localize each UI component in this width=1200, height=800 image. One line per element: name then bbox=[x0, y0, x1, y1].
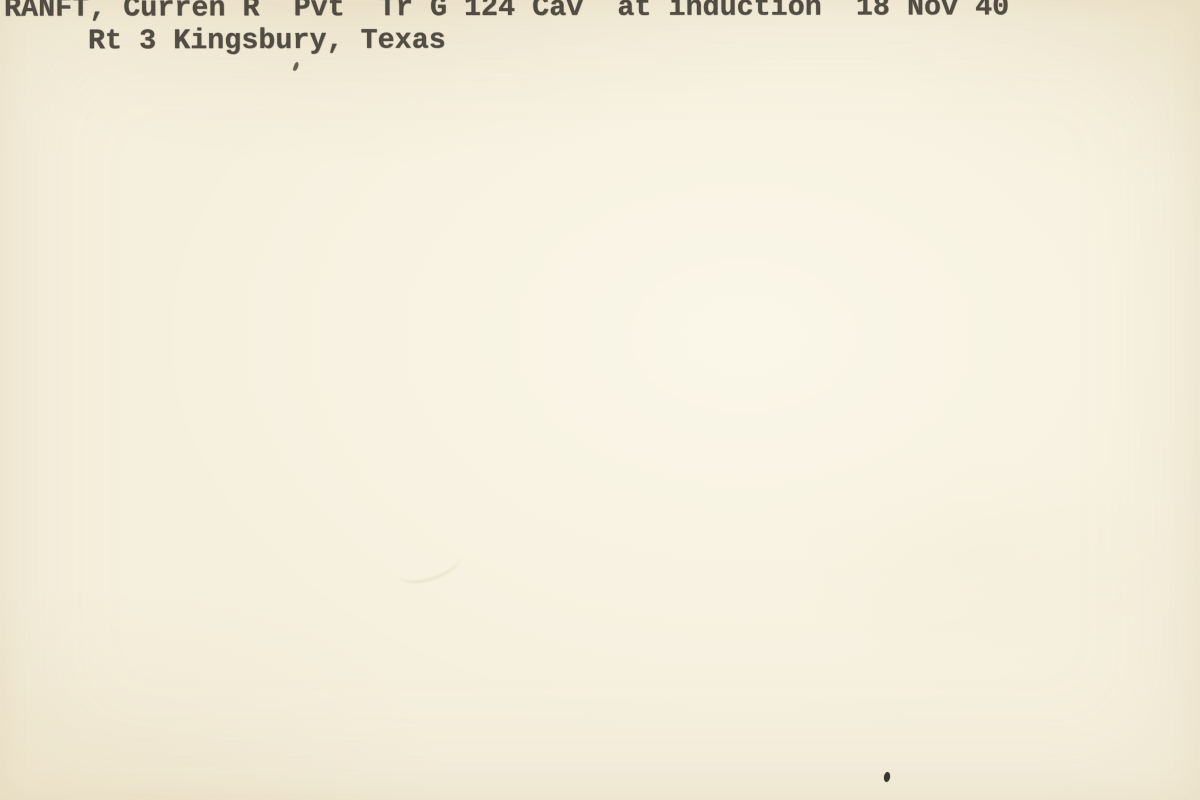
index-card-scan: RANFT, Curren R Pvt Tr G 124 Cav at indu… bbox=[0, 0, 1200, 800]
typed-line-name-unit: RANFT, Curren R Pvt Tr G 124 Cav at indu… bbox=[4, 0, 1009, 23]
typed-line-address: Rt 3 Kingsbury, Texas bbox=[88, 27, 446, 56]
ink-speck bbox=[883, 772, 890, 783]
faint-paper-crease bbox=[396, 545, 465, 588]
stray-ink-comma-mark bbox=[293, 62, 300, 72]
